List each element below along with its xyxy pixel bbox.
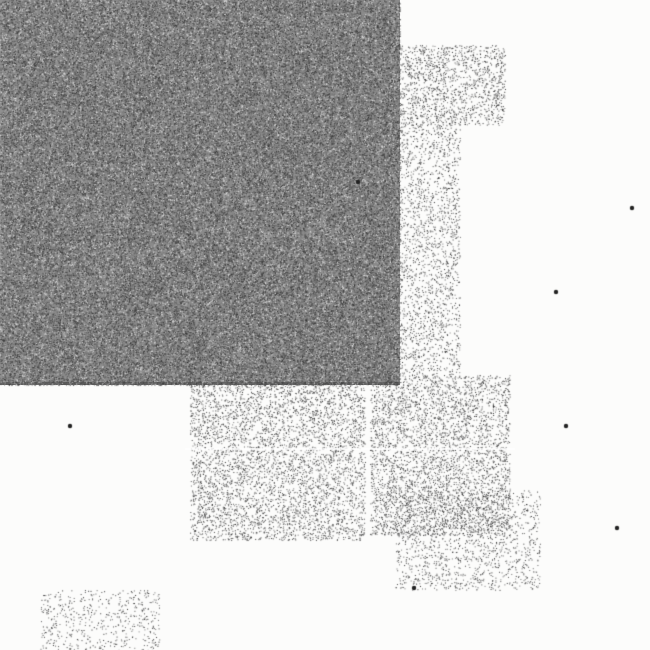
speckle-texture <box>0 0 650 650</box>
